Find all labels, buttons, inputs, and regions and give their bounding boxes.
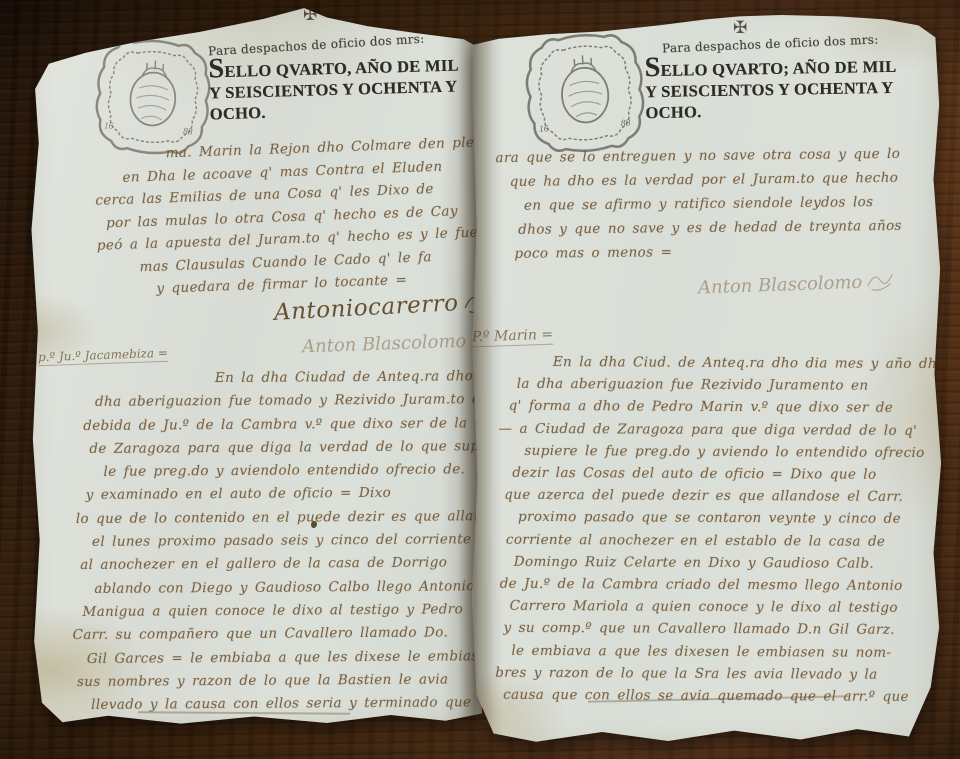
right-page-paper: ✠ Para despachos de oficio dos mrs: 16 8… (470, 0, 942, 747)
left-page: ✠ Para despachos de oficio dos mrs: 16 8… (26, 6, 482, 728)
manuscript-line: supiere le fue preg.do y aviendo lo ente… (524, 440, 960, 465)
heading-line: OCHO. (645, 98, 897, 123)
manuscript-block: ma. Marin la Rejon dho Colmare den plee … (93, 131, 487, 302)
manuscript-line: dhos y que no save y es de hedad de trey… (518, 214, 902, 242)
manuscript-line: En la dha Ciud. de Anteq.ra dho dia mes … (553, 351, 960, 376)
manuscript-line: causa que con ellos se avia quemado que … (503, 684, 960, 709)
manuscript-line: la dha aberiguazion fue Rezivido Juramen… (517, 373, 960, 398)
stamp-fee-line: Para despachos de oficio dos mrs: (662, 32, 879, 55)
signature-text: Anton Blascolomo (698, 271, 863, 298)
signature-text: Antoniocarerro (273, 290, 459, 326)
manuscript-line: bres y razon de lo que la Sra les avia l… (495, 662, 960, 687)
manuscript-line: — a Ciudad de Zaragoza para que diga ver… (498, 417, 960, 442)
manuscript-line: le embiava a que les dixesen le embiasen… (511, 639, 960, 664)
manuscript-line: q' forma a dho de Pedro Marin v.º que di… (509, 395, 960, 420)
manuscript-line: dezir las Cosas del auto de oficio = Dix… (512, 462, 960, 487)
margin-note-witness: P.º Marin = (472, 327, 554, 348)
signature-anton-blascolomo: Anton Blascolomo (698, 269, 897, 300)
seal-year-left: 16 (539, 124, 549, 135)
manuscript-line: Domingo Ruiz Celarte en Dixo y Gaudioso … (514, 551, 960, 576)
rubric-flourish-icon (866, 269, 897, 294)
right-page: ✠ Para despachos de oficio dos mrs: 16 8… (470, 0, 942, 747)
manuscript-line: corriente al anochezer en el establo de … (506, 528, 960, 553)
manuscript-line: que azerca del puede dezir es que alland… (504, 484, 960, 509)
tax-stamp-seal-icon: 16 88 (518, 26, 652, 160)
manuscript-line: y su comp.º que un Cavallero llamado D.n… (503, 617, 960, 642)
seal-year-left: 16 (104, 120, 114, 131)
manuscript-line: de Ju.º de la Cambra criado del mesmo ll… (500, 573, 960, 598)
manuscript-block: En la dha Ciud. de Anteq.ra dho dia mes … (489, 351, 960, 709)
sello-cuarto-heading: SELLO QVARTO; AÑO DE MIL Y SEISCIENTOS Y… (644, 54, 897, 123)
maltese-cross-icon: ✠ (733, 18, 747, 38)
manuscript-block: ara que se lo entreguen y no save otra c… (483, 142, 902, 266)
manuscript-line: poco mas o menos = (514, 238, 902, 266)
left-page-paper: ✠ Para despachos de oficio dos mrs: 16 8… (26, 6, 482, 728)
manuscript-line: proximo pasado que se contaron veynte y … (518, 506, 960, 531)
margin-note-witness: p.º Ju.º Jacamebiza = (38, 346, 168, 367)
heading-line: Y SEISCIENTOS Y OCHENTA Y (645, 77, 897, 102)
sello-cuarto-heading: SELLO QVARTO, AÑO DE MIL Y SEISCIENTOS Y… (208, 53, 460, 125)
maltese-cross-icon: ✠ (303, 5, 317, 25)
seal-year-right: 88 (183, 126, 193, 137)
seal-year-right: 88 (621, 119, 631, 130)
manuscript-line: Carrero Mariola a quien conoce y le dixo… (510, 595, 960, 620)
signature-text: Anton Blascolomo (302, 330, 467, 357)
